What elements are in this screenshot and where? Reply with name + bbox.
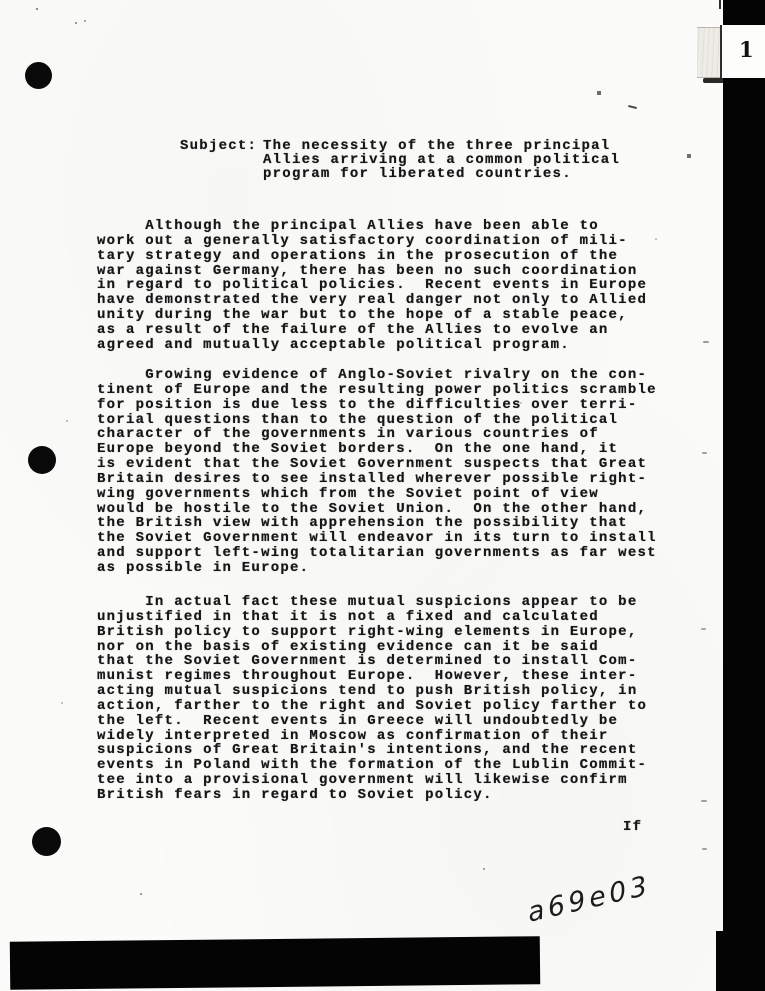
paragraph-2: Growing evidence of Anglo-Soviet rivalry…	[97, 368, 657, 576]
right-edge-black-bar-bottom-widening	[716, 931, 726, 991]
bar-top-smudge	[703, 78, 727, 83]
hole-punch-mark-bottom	[32, 827, 61, 856]
scanned-document-page: Subject: The necessity of the three prin…	[0, 0, 765, 991]
tab-edge-tick	[719, 0, 721, 9]
hole-punch-mark-middle	[28, 446, 56, 474]
subject-text: The necessity of the three principal All…	[263, 139, 620, 181]
pencil-mark	[701, 800, 707, 802]
paragraph-1: Although the principal Allies have been …	[97, 219, 647, 353]
hole-punch-mark-top	[25, 62, 52, 89]
scan-noise-specks	[0, 0, 2, 2]
subject-label: Subject:	[180, 139, 257, 153]
pencil-mark	[703, 341, 709, 343]
pencil-mark	[702, 452, 707, 454]
paragraph-3: In actual fact these mutual suspicions a…	[97, 595, 647, 803]
bottom-black-bar	[10, 936, 540, 990]
catchword: If	[623, 820, 642, 835]
handwritten-annotation: a69e03	[526, 870, 654, 929]
page-number: 1	[739, 37, 754, 62]
pencil-mark	[701, 628, 706, 630]
right-edge-black-bar	[723, 0, 765, 991]
tab-edge-line	[720, 25, 722, 78]
pencil-mark	[702, 848, 707, 850]
tab-tape-patch	[697, 27, 722, 78]
pencil-mark	[628, 105, 637, 109]
